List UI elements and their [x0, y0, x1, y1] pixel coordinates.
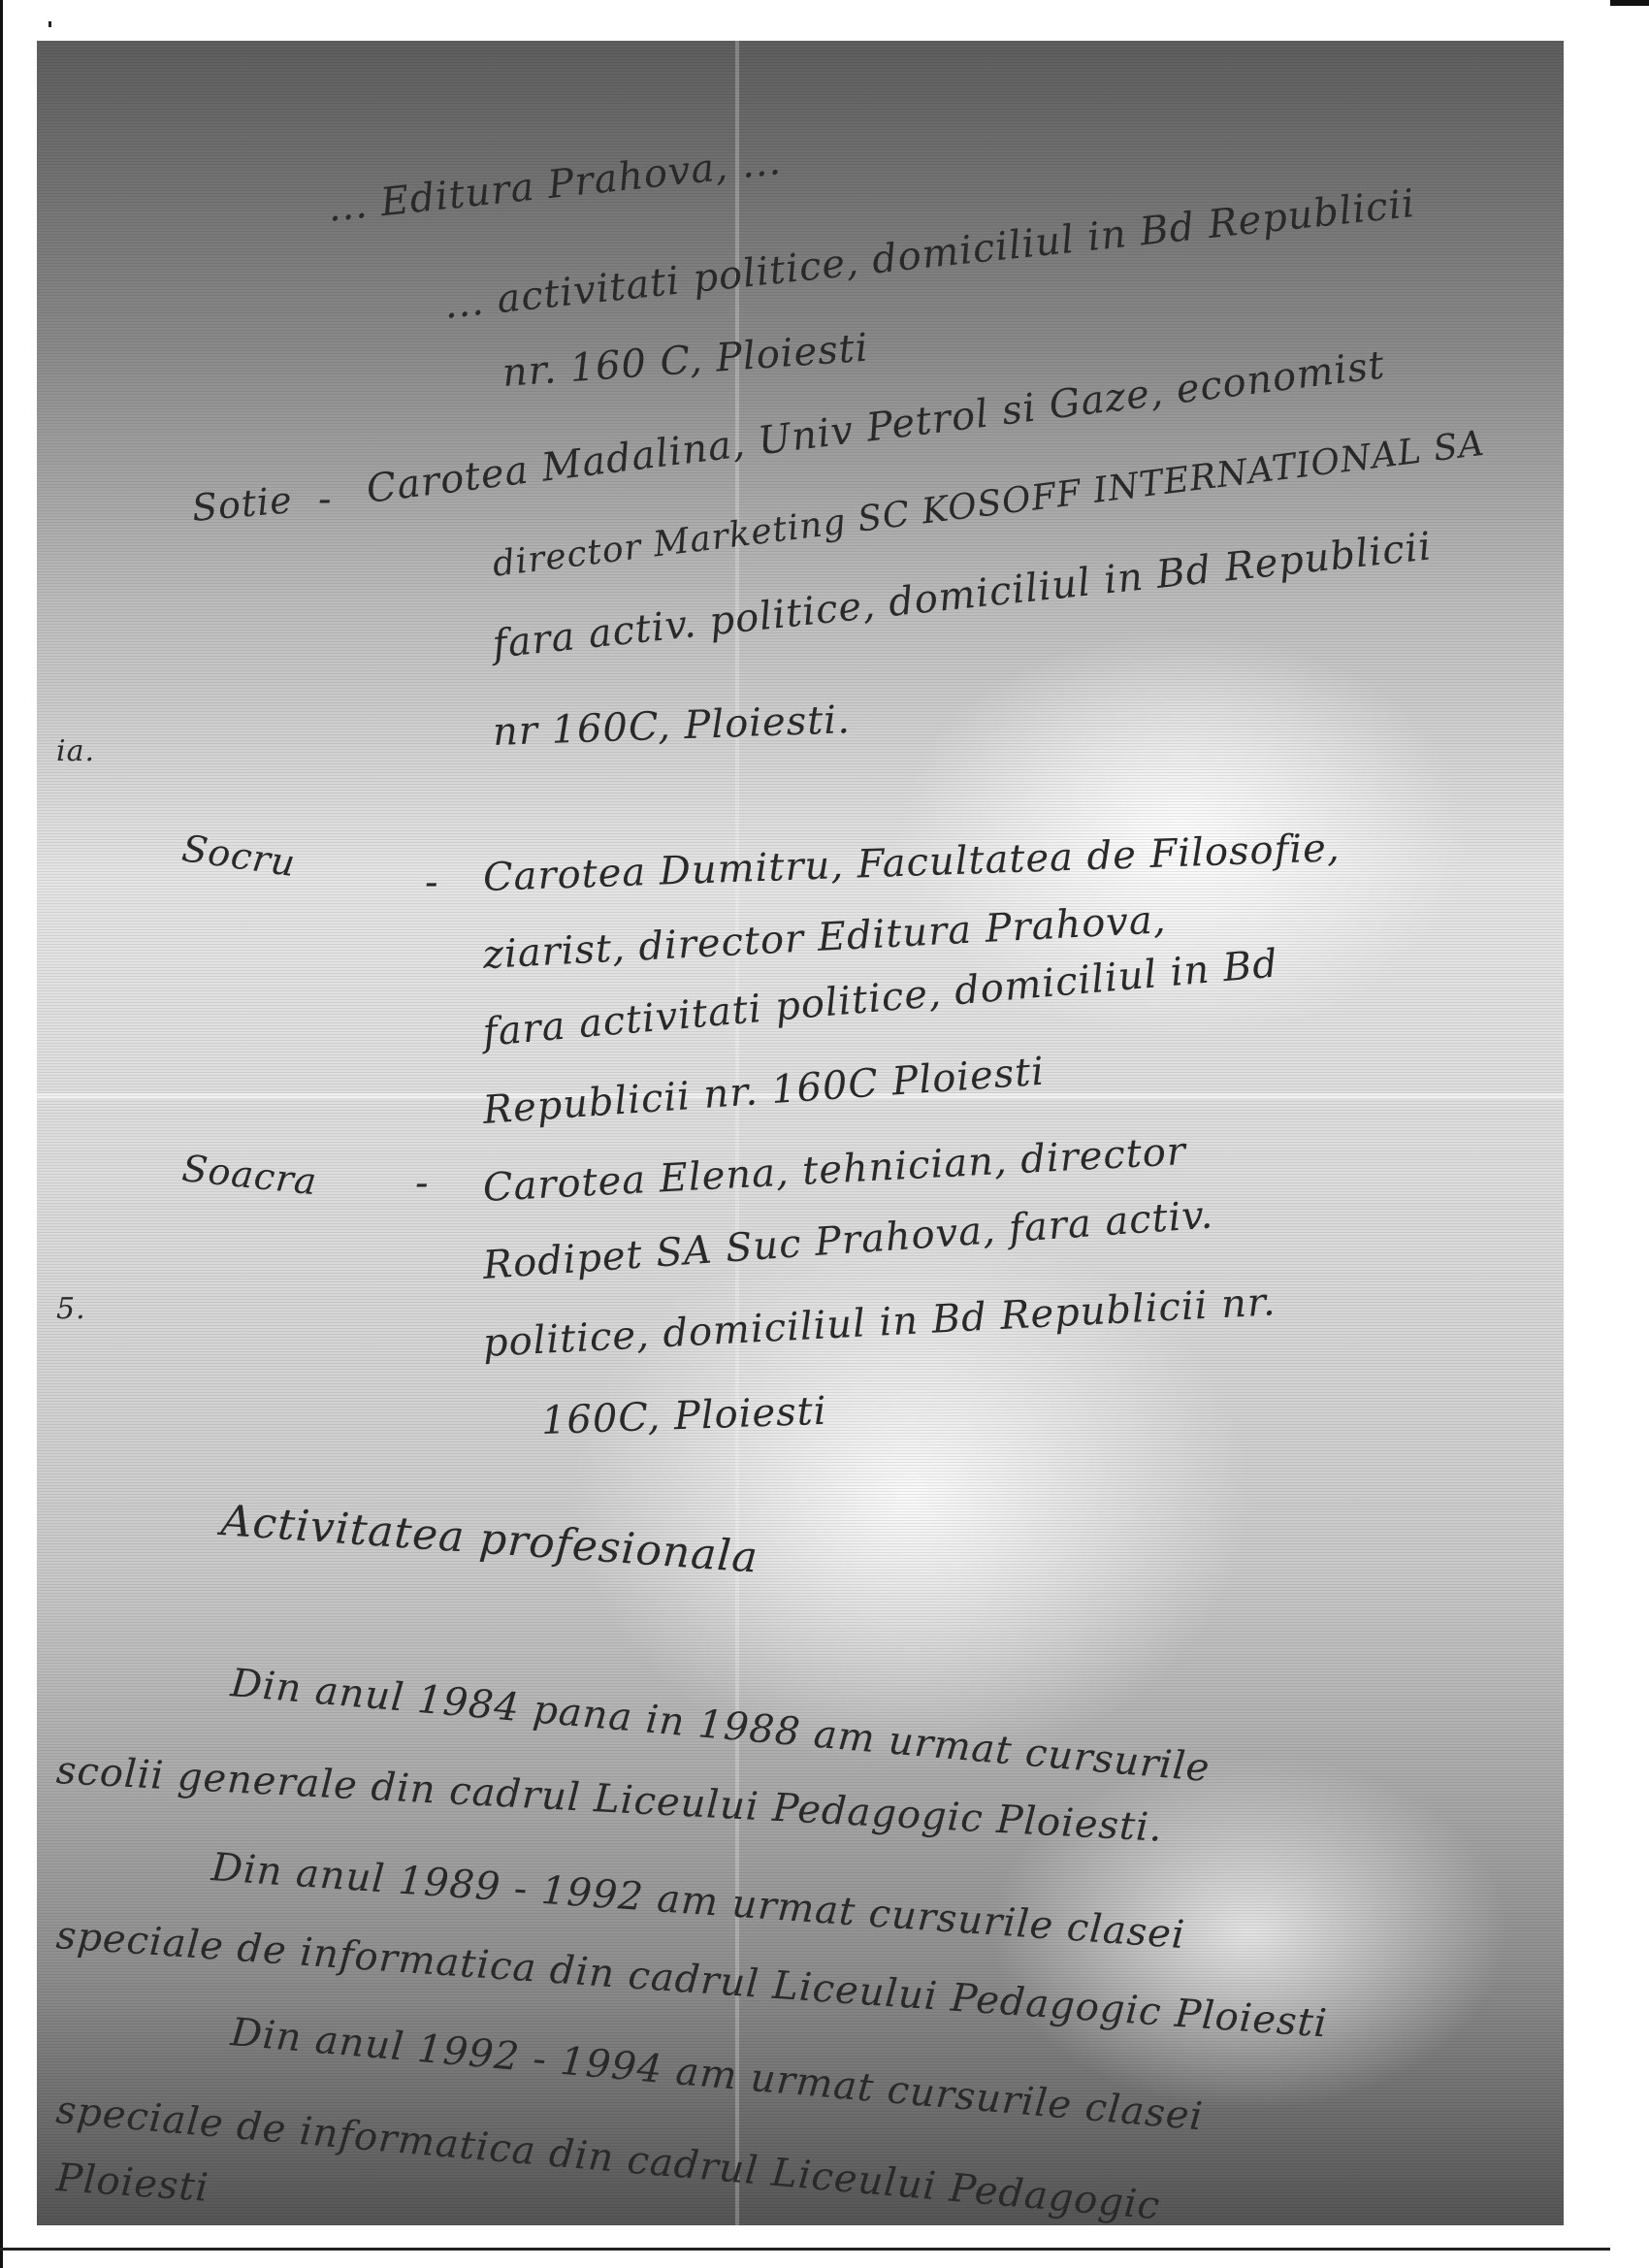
scan-bottom-rule — [0, 2248, 1610, 2251]
soacra-line: politice, domiciliul in Bd Republicii nr… — [482, 1280, 1277, 1366]
scanned-page: ... Editura Prahova, ... ... activitati … — [37, 41, 1564, 2225]
soacra-line: Rodipet SA Suc Prahova, fara activ. — [481, 1192, 1214, 1288]
family-dash: - — [318, 477, 333, 522]
header-line: nr. 160 C, Ploiesti — [501, 326, 870, 396]
family-label-sotie: Sotie — [190, 478, 294, 530]
family-dash: - — [425, 860, 439, 905]
margin-mark: ia. — [56, 734, 95, 768]
family-label-soacra: Soacra — [180, 1147, 320, 1203]
paragraph-line: Ploiesti — [54, 2155, 210, 2211]
scan-top-mark — [48, 21, 51, 27]
section-title: Activitatea profesionala — [219, 1496, 760, 1583]
soacra-line: Carotea Elena, tehnician, director — [482, 1129, 1187, 1211]
header-line: ... Editura Prahova, ... — [326, 139, 784, 231]
scan-top-right-bar — [1610, 0, 1649, 6]
soacra-line: 160C, Ploiesti — [540, 1389, 827, 1443]
family-label-socru: Socru — [179, 826, 299, 885]
margin-mark: 5. — [56, 1292, 86, 1326]
sotie-line: nr 160C, Ploiesti. — [492, 697, 851, 755]
socru-line: Republicii nr. 160C Ploiesti — [481, 1050, 1046, 1133]
scan-left-edge — [0, 0, 3, 2268]
socru-line: Carotea Dumitru, Facultatea de Filosofie… — [482, 826, 1341, 900]
family-dash: - — [415, 1161, 430, 1206]
